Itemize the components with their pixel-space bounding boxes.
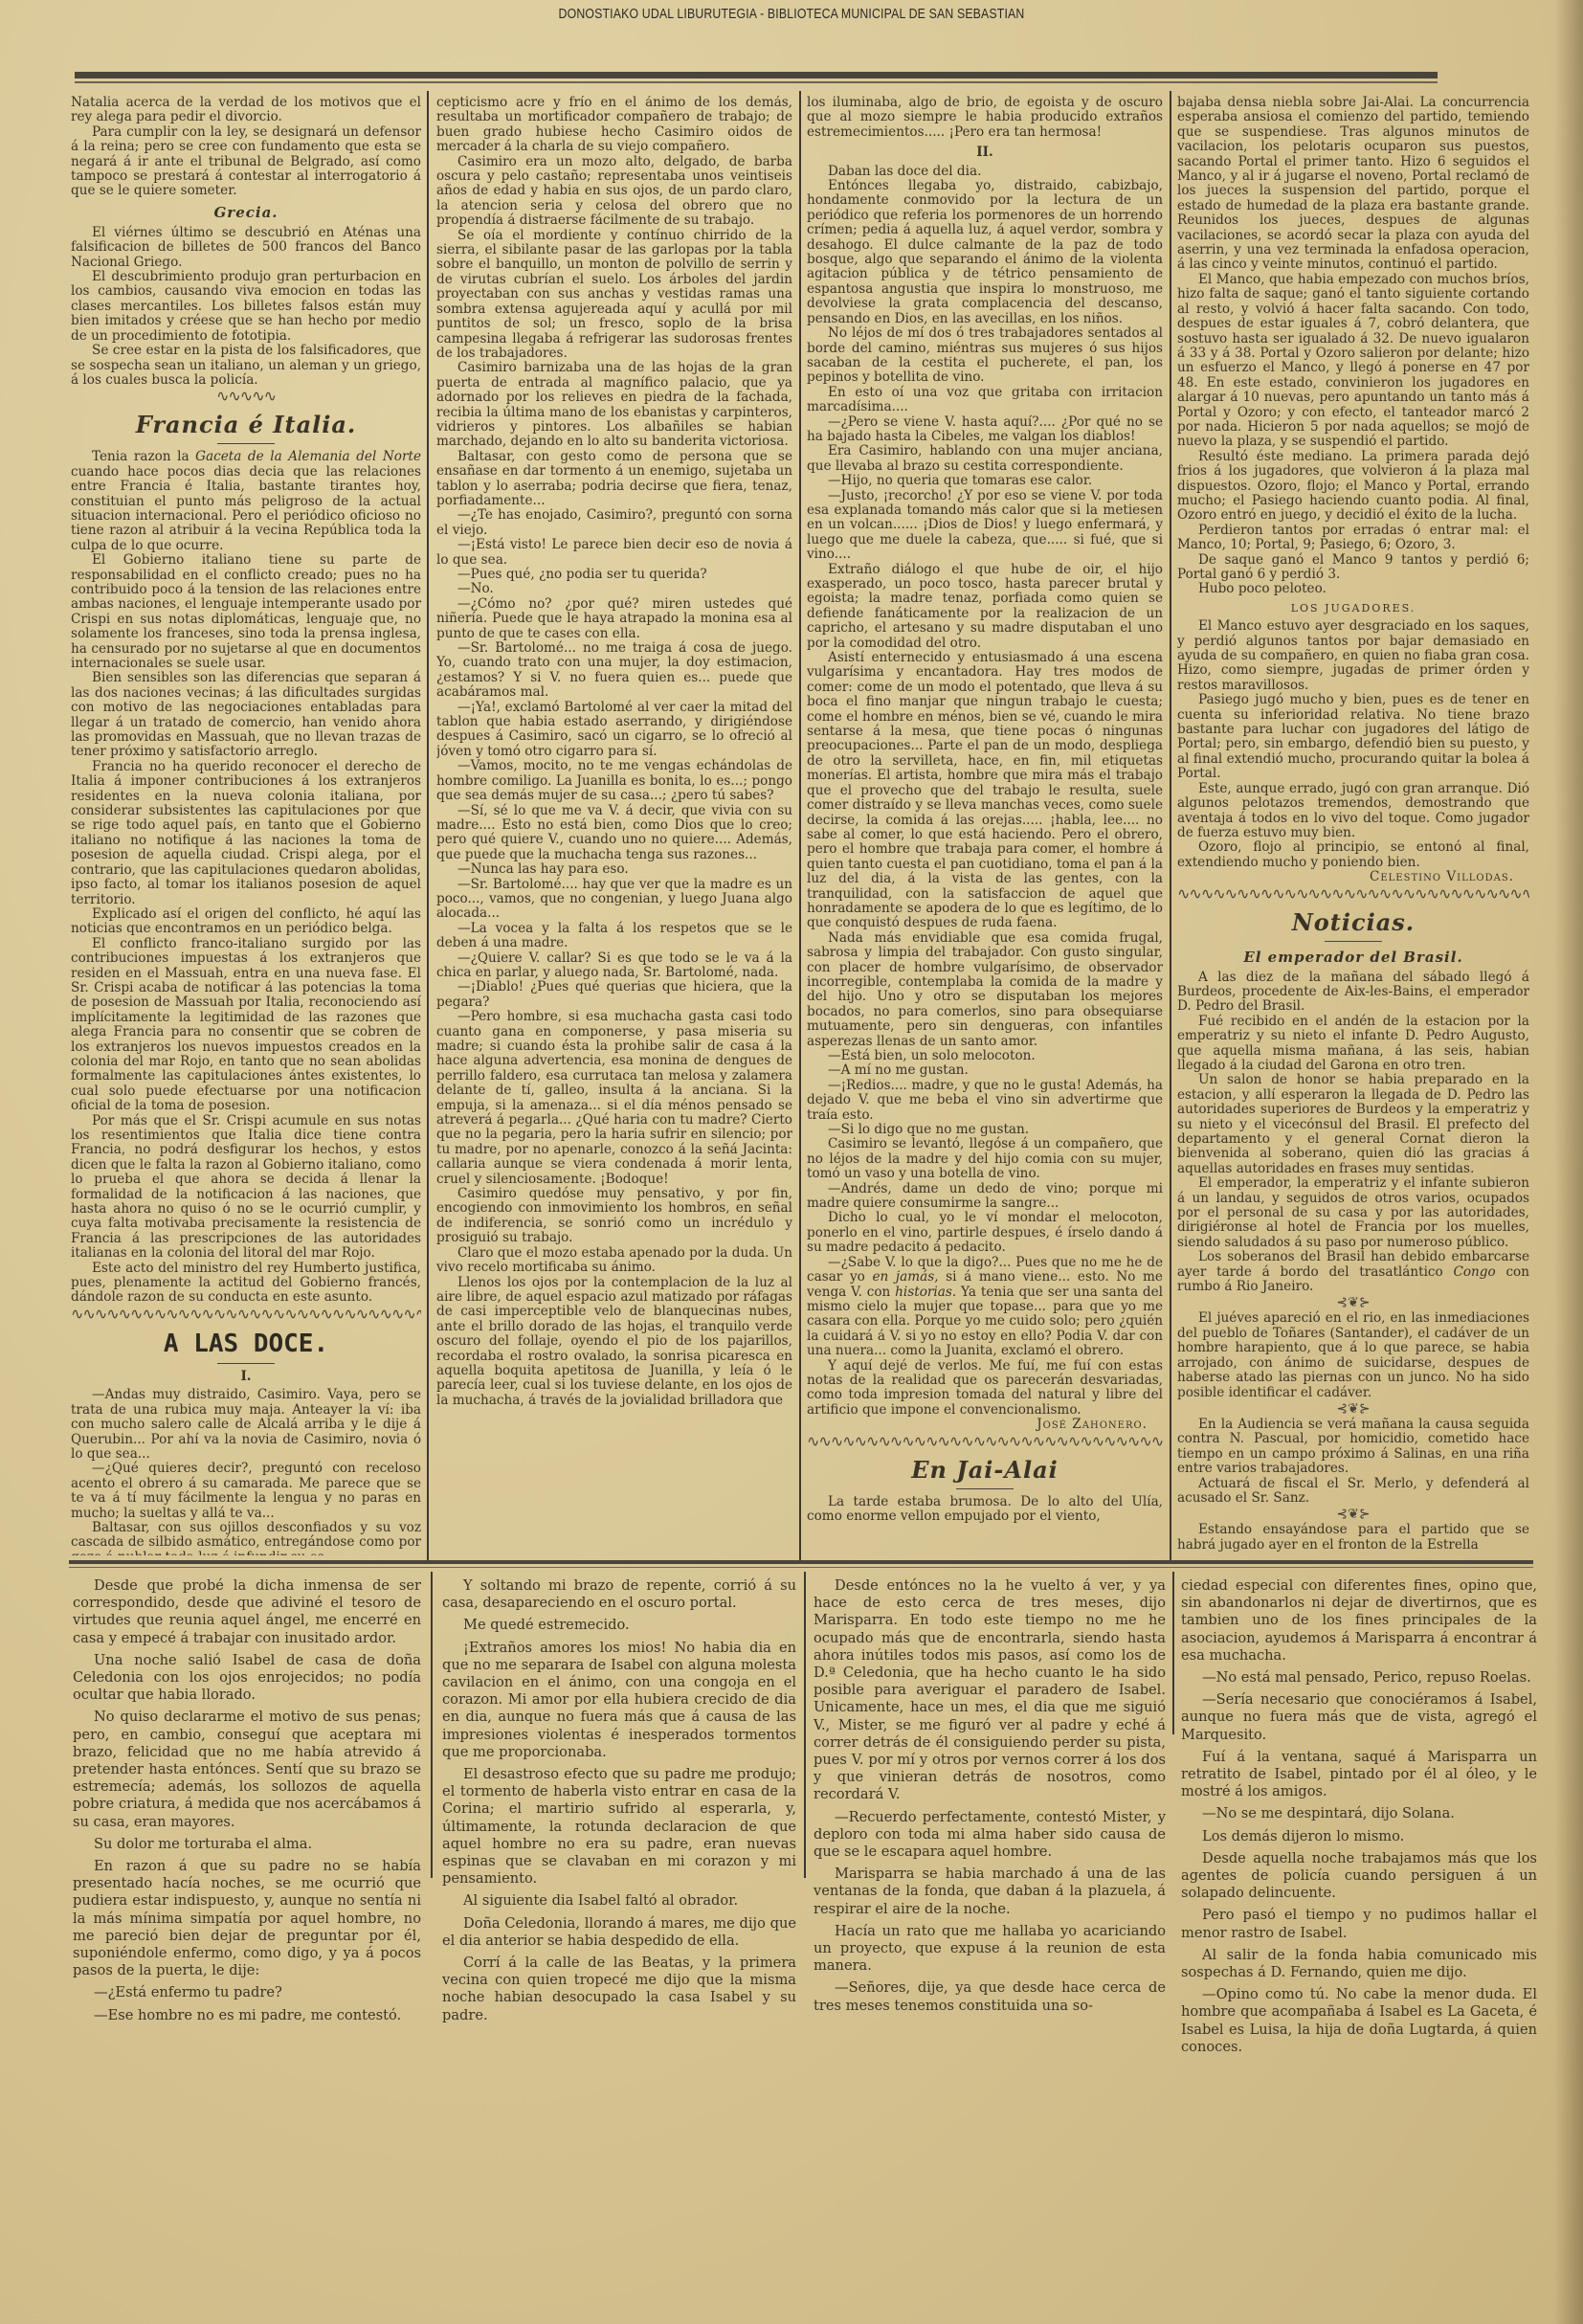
page-edge-shadow [1554, 0, 1583, 2324]
text-run: Tenia razon la [92, 449, 195, 464]
serial-text: Pero pasó el tiempo y no pudimos hallar … [1181, 1907, 1537, 1941]
article-text: —Sr. Bartolomé.... hay que ver que la ma… [436, 878, 792, 922]
article-text: Resultó éste mediano. La primera parada … [1177, 450, 1529, 524]
article-text: Dicho lo cual, yo le ví mondar el meloco… [807, 1211, 1163, 1255]
article-text: Llenos los ojos por la contemplacion de … [436, 1276, 792, 1409]
emphasis: historias [895, 1285, 952, 1300]
article-text: El Manco estuvo ayer desgraciado en los … [1177, 619, 1529, 693]
serial-text: —Señores, dije, ya que desde hace cerca … [814, 1979, 1166, 2014]
article-text: bajaba densa niebla sobre Jai-Alai. La c… [1177, 96, 1529, 273]
heading-underline [217, 443, 275, 444]
article-text: —¡Está visto! Le parece bien decir eso d… [436, 538, 792, 568]
column-3: los iluminaba, algo de brio, de egoista … [807, 96, 1163, 1555]
section-heading-francia-italia: Francia é Italia. [71, 409, 421, 441]
lower-column-3: Desde entónces no la he vuelto á ver, y … [814, 1577, 1166, 2228]
article-text: —Si lo digo que no me gustan. [807, 1123, 1163, 1137]
serial-text: —Sería necesario que conociéramos á Isab… [1181, 1691, 1537, 1744]
serial-text: Al siguiente dia Isabel faltó al obrador… [442, 1892, 796, 1910]
article-text: —Sí, sé lo que me va V. á decir, que viv… [436, 804, 792, 863]
serial-text: ¡Extraños amores los mios! No habia dia … [442, 1640, 796, 1761]
article-text: Baltasar, con gesto como de persona que … [436, 450, 792, 509]
wavy-divider: ∿∿∿∿∿∿∿∿∿∿∿∿∿∿∿∿∿∿∿∿∿∿∿∿∿∿∿∿∿∿∿∿∿∿∿∿∿∿∿∿… [807, 1433, 1163, 1450]
subsection-heading-jugadores: LOS JUGADORES. [1177, 601, 1529, 615]
article-text: Y aquí dejé de verlos. Me fuí, me fuí co… [807, 1359, 1163, 1419]
article-text: Tenia razon la Gaceta de la Alemania del… [71, 450, 421, 553]
serial-text: —Ese hombre no es mi padre, me contestó. [73, 2007, 421, 2024]
section-heading-a-las-doce: A LAS DOCE. [71, 1327, 421, 1361]
column-divider [799, 91, 801, 1560]
article-text: Explicado así el origen del conflicto, h… [71, 907, 421, 937]
serial-text: —Recuerdo perfectamente, contestó Mister… [814, 1809, 1166, 1862]
heading-underline [956, 1488, 1014, 1489]
text-run: cuando hace pocos dias decia que las rel… [71, 464, 421, 553]
serial-text: ciedad especial con diferentes fines, op… [1181, 1577, 1537, 1665]
column-divider [1170, 91, 1171, 1560]
serial-text: Me quedé estremecido. [442, 1617, 796, 1634]
serial-text: —No está mal pensado, Perico, repuso Roe… [1181, 1669, 1537, 1687]
article-text: —Nunca las hay para eso. [436, 862, 792, 877]
article-text: El viérnes último se descubrió en Aténas… [71, 226, 421, 270]
article-text: Bien sensibles son las diferencias que s… [71, 671, 421, 759]
article-text: Claro que el mozo estaba apenado por la … [436, 1246, 792, 1276]
article-text: —¿Cómo no? ¿por qué? miren ustedes qué n… [436, 597, 792, 641]
serial-text: Corrí á la calle de las Beatas, y la pri… [442, 1955, 796, 2024]
serial-text: Una noche salió Isabel de casa de doña C… [73, 1652, 421, 1705]
article-text: Hubo poco peloteo. [1177, 582, 1529, 596]
article-text: —Vamos, mocito, no te me vengas echándol… [436, 759, 792, 803]
article-text: Un salon de honor se habia preparado en … [1177, 1073, 1529, 1176]
article-text: Casimiro se levantó, llegóse á un compañ… [807, 1137, 1163, 1181]
serial-text: Hacía un rato que me hallaba yo acaricia… [814, 1923, 1166, 1976]
serial-text: Desde que probé la dicha inmensa de ser … [73, 1577, 421, 1647]
serial-text: El desastroso efecto que su padre me pro… [442, 1766, 796, 1888]
article-text: Pasiego jugó mucho y bien, pues es de te… [1177, 693, 1529, 781]
serial-text: Marisparra se habia marchado á una de la… [814, 1866, 1166, 1918]
lower-column-2: Y soltando mi brazo de repente, corrió á… [442, 1577, 796, 2190]
column-divider [427, 91, 429, 1560]
article-text: —¡Diablo! ¿Pues qué querias que hiciera,… [436, 980, 792, 1010]
article-text: De saque ganó el Manco 9 tantos y perdió… [1177, 553, 1529, 583]
article-text: Nada más envidiable que esa comida fruga… [807, 931, 1163, 1049]
article-text: Entónces llegaba yo, distraido, cabizbaj… [807, 179, 1163, 326]
chapter-number: I. [71, 1370, 421, 1384]
article-text: —A mí no me gustan. [807, 1063, 1163, 1078]
serial-text: Y soltando mi brazo de repente, corrió á… [442, 1577, 796, 1612]
chapter-number: II. [807, 145, 1163, 160]
article-text: —La vocea y la falta á los respetos que … [436, 922, 792, 951]
article-text: Actuará de fiscal el Sr. Merlo, y defend… [1177, 1477, 1529, 1507]
lower-column-4: ciedad especial con diferentes fines, op… [1181, 1577, 1537, 2228]
article-text: Natalia acerca de la verdad de los motiv… [71, 96, 421, 125]
serial-text: Desde aquella noche trabajamos más que l… [1181, 1850, 1537, 1903]
page-fold-rule-thin [69, 1567, 1533, 1568]
flourish-divider-icon: ⊰❦⊱ [1177, 1294, 1529, 1311]
section-heading-grecia: Grecia. [71, 203, 421, 222]
serial-text: Su dolor me torturaba el alma. [73, 1836, 421, 1853]
article-text: Este acto del ministro del rey Humberto … [71, 1262, 421, 1306]
article-text: Estando ensayándose para el partido que … [1177, 1523, 1529, 1553]
article-text: Fué recibido en el andén de la estacion … [1177, 1015, 1529, 1074]
flourish-divider-icon: ⊰❦⊱ [1177, 1400, 1529, 1418]
serial-text: —Opino como tú. No cabe la menor duda. E… [1181, 1986, 1537, 2056]
newspaper-title: Gaceta de la Alemania del Norte [195, 449, 421, 464]
article-text: El juéves apareció en el rio, en las inm… [1177, 1311, 1529, 1399]
ship-name: Congo [1453, 1264, 1495, 1280]
library-watermark: DONOSTIAKO UDAL LIBURUTEGIA - BIBLIOTECA… [143, 6, 1440, 22]
wavy-divider: ∿∿∿∿∿∿∿∿∿∿∿∿∿∿∿∿∿∿∿∿∿∿∿∿∿∿∿∿∿∿∿∿∿∿∿∿∿∿∿∿… [71, 1306, 421, 1323]
article-text: —Está bien, un solo melocoton. [807, 1049, 1163, 1063]
serial-text: Fuí á la ventana, saqué á Marisparra un … [1181, 1749, 1537, 1801]
column-2: cepticismo acre y frío en el ánimo de lo… [436, 96, 792, 1555]
article-text: Daban las doce del dia. [807, 165, 1163, 179]
section-heading-noticias: Noticias. [1177, 906, 1529, 939]
article-text: —Sr. Bartolomé... no me traiga á cosa de… [436, 641, 792, 701]
page-fold-rule [69, 1560, 1533, 1564]
serial-text: Doña Celedonia, llorando á mares, me dij… [442, 1915, 796, 1950]
article-text: —¿Te has enojado, Casimiro?, preguntó co… [436, 508, 792, 538]
article-text: Casimiro era un mozo alto, delgado, de b… [436, 155, 792, 229]
lower-column-1: Desde que probé la dicha inmensa de ser … [73, 1577, 421, 2190]
article-text: —Andas muy distraido, Casimiro. Vaya, pe… [71, 1388, 421, 1462]
article-text: Casimiro quedóse muy pensativo, y por fi… [436, 1187, 792, 1246]
article-text: —Pues qué, ¿no podia ser tu querida? [436, 568, 792, 582]
article-text: Perdieron tantos por erradas ó entrar ma… [1177, 524, 1529, 553]
article-text: Francia no ha querido reconocer el derec… [71, 760, 421, 907]
article-text: El emperador, la emperatriz y el infante… [1177, 1176, 1529, 1250]
top-rule [75, 72, 1438, 78]
emphasis: en jamás [872, 1269, 934, 1285]
subsection-heading-emperador: El emperador del Brasil. [1177, 948, 1529, 967]
wavy-divider: ∿∿∿∿∿∿∿∿∿∿∿∿∿∿∿∿∿∿∿∿∿∿∿∿∿∿∿∿∿∿∿∿∿∿∿∿∿∿∿∿… [1177, 885, 1529, 903]
article-text: La tarde estaba brumosa. De lo alto del … [807, 1495, 1163, 1525]
article-text: Se oía el mordiente y contínuo chirrido … [436, 229, 792, 362]
serial-text: En razon á que su padre no se había pres… [73, 1858, 421, 1979]
article-text: El Manco, que habia empezado con muchos … [1177, 273, 1529, 450]
author-signature: José Zahonero. [807, 1418, 1148, 1432]
article-text: cepticismo acre y frío en el ánimo de lo… [436, 96, 792, 155]
article-text: —¡Ya!, exclamó Bartolomé al ver caer la … [436, 701, 792, 760]
heading-underline [217, 1363, 275, 1364]
serial-text: —¿Está enfermo tu padre? [73, 1984, 421, 2001]
article-text: —¡Redios.... madre, y que no le gusta! A… [807, 1079, 1163, 1123]
article-text: —¿Qué quieres decir?, preguntó con recel… [71, 1462, 421, 1521]
article-text: Casimiro barnizaba una de las hojas de l… [436, 361, 792, 449]
column-divider [804, 1572, 806, 1878]
column-4: bajaba densa niebla sobre Jai-Alai. La c… [1177, 96, 1529, 1555]
article-text: Extraño diálogo el que hube de oir, el h… [807, 563, 1163, 651]
article-text: los iluminaba, algo de brio, de egoista … [807, 96, 1163, 140]
article-text: Asistí enternecido y entusiasmado á una … [807, 651, 1163, 931]
article-text: El Gobierno italiano tiene su parte de r… [71, 553, 421, 671]
article-text: En la Audiencia se verá mañana la causa … [1177, 1418, 1529, 1477]
flourish-divider-icon: ⊰❦⊱ [1177, 1506, 1529, 1523]
article-text: —Justo, ¡recorcho! ¿Y por eso se viene V… [807, 489, 1163, 563]
column-1: Natalia acerca de la verdad de los motiv… [71, 96, 421, 1555]
article-text: Baltasar, con sus ojillos desconfiados y… [71, 1521, 421, 1555]
serial-text: —No se me despintará, dijo Solana. [1181, 1805, 1537, 1822]
serial-text: Los demás dijeron lo mismo. [1181, 1828, 1537, 1845]
heading-underline [1325, 941, 1382, 942]
top-rule-thin [75, 81, 1438, 83]
serial-text: Al salir de la fonda habia comunicado mi… [1181, 1947, 1537, 1981]
article-text: —No. [436, 582, 792, 596]
article-text: Los soberanos del Brasil han debido emba… [1177, 1250, 1529, 1294]
article-text: No léjos de mí dos ó tres trabajadores s… [807, 326, 1163, 386]
article-text: —Pero hombre, si esa muchacha gasta casi… [436, 1010, 792, 1187]
serial-text: No quiso declararme el motivo de sus pen… [73, 1709, 421, 1830]
article-text: —¿Pero se viene V. hasta aquí?.... ¿Por … [807, 415, 1163, 445]
article-text: Ozoro, flojo al principio, se entonó al … [1177, 840, 1529, 870]
wavy-divider: ∿∿∿∿∿ [71, 388, 421, 405]
article-text: Por más que el Sr. Crispi acumule en sus… [71, 1114, 421, 1262]
article-text: El conflicto franco-italiano surgido por… [71, 937, 421, 1114]
article-text: Era Casimiro, hablando con una mujer anc… [807, 444, 1163, 474]
article-text: —Andrés, dame un dedo de vino; porque mi… [807, 1182, 1163, 1212]
article-text: Para cumplir con la ley, se designará un… [71, 125, 421, 199]
article-text: A las diez de la mañana del sábado llegó… [1177, 971, 1529, 1015]
article-text: El descubrimiento produjo gran perturbac… [71, 270, 421, 344]
article-text: Se cree estar en la pista de los falsifi… [71, 344, 421, 388]
article-text: Este, aunque errado, jugó con gran arran… [1177, 782, 1529, 841]
article-text: En esto oí una voz que gritaba con irrit… [807, 386, 1163, 415]
article-text: —Hijo, no queria que tomaras ese calor. [807, 474, 1163, 488]
serial-text: Desde entónces no la he vuelto á ver, y … [814, 1577, 1166, 1804]
column-divider [431, 1572, 433, 1878]
article-text: —¿Sabe V. lo que la digo?... Pues que no… [807, 1256, 1163, 1359]
author-signature: Celestino Villodas. [1177, 870, 1514, 884]
article-text: —¿Quiere V. callar? Si es que todo se le… [436, 951, 792, 981]
column-divider [1172, 1572, 1174, 1734]
section-heading-en-jai-alai: En Jai-Alai [807, 1454, 1163, 1486]
